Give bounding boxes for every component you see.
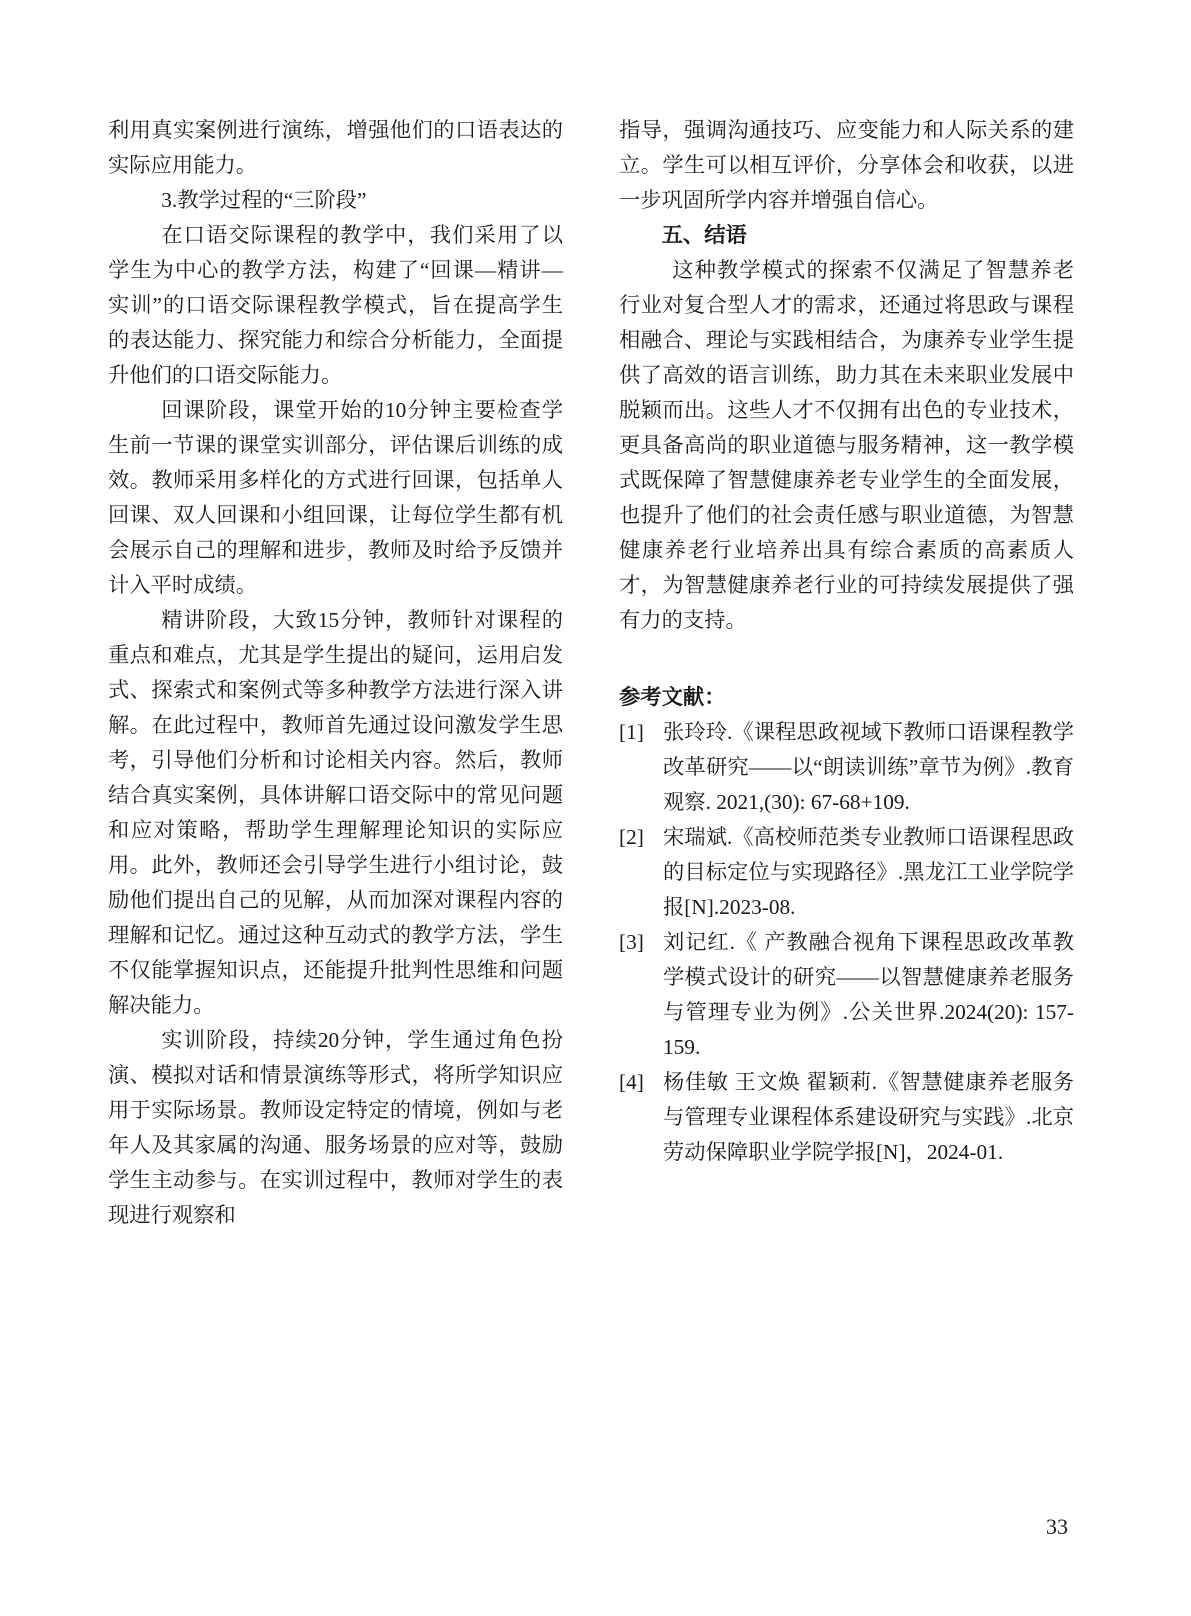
paragraph-continuation: 指导，强调沟通技巧、应变能力和人际关系的建立。学生可以相互评价，分享体会和收获，… bbox=[619, 113, 1074, 218]
paragraph: 在口语交际课程的教学中，我们采用了以学生为中心的教学方法，构建了“回课—精讲—实… bbox=[108, 218, 563, 393]
reference-item: [2] 宋瑞斌.《高校师范类专业教师口语课程思政的目标定位与实现路径》.黑龙江工… bbox=[619, 820, 1074, 925]
numbered-subheading: 3.教学过程的“三阶段” bbox=[108, 183, 563, 218]
references-heading: 参考文献： bbox=[619, 680, 1074, 715]
reference-item: [3] 刘记红.《 产教融合视角下课程思政改革教学模式设计的研究——以智慧健康养… bbox=[619, 925, 1074, 1065]
reference-marker: [2] bbox=[619, 820, 663, 855]
reference-text: 杨佳敏 王文焕 翟颖莉.《智慧健康养老服务与管理专业课程体系建设研究与实践》.北… bbox=[663, 1065, 1074, 1170]
paragraph: 回课阶段，课堂开始的10分钟主要检查学生前一节课的课堂实训部分，评估课后训练的成… bbox=[108, 393, 563, 603]
reference-item: [4] 杨佳敏 王文焕 翟颖莉.《智慧健康养老服务与管理专业课程体系建设研究与实… bbox=[619, 1065, 1074, 1170]
right-column: 指导，强调沟通技巧、应变能力和人际关系的建立。学生可以相互评价，分享体会和收获，… bbox=[619, 113, 1074, 1233]
reference-item: [1] 张玲玲.《课程思政视域下教师口语课程教学改革研究——以“朗读训练”章节为… bbox=[619, 715, 1074, 820]
paragraph: 实训阶段，持续20分钟，学生通过角色扮演、模拟对话和情景演练等形式，将所学知识应… bbox=[108, 1023, 563, 1233]
reference-text: 宋瑞斌.《高校师范类专业教师口语课程思政的目标定位与实现路径》.黑龙江工业学院学… bbox=[663, 820, 1074, 925]
reference-marker: [1] bbox=[619, 715, 663, 750]
paragraph: 精讲阶段，大致15分钟，教师针对课程的重点和难点，尤其是学生提出的疑问，运用启发… bbox=[108, 603, 563, 1023]
paragraph-continuation: 利用真实案例进行演练，增强他们的口语表达的实际应用能力。 bbox=[108, 113, 563, 183]
reference-text: 刘记红.《 产教融合视角下课程思政改革教学模式设计的研究——以智慧健康养老服务与… bbox=[663, 925, 1074, 1065]
reference-marker: [4] bbox=[619, 1065, 663, 1100]
left-column: 利用真实案例进行演练，增强他们的口语表达的实际应用能力。 3.教学过程的“三阶段… bbox=[108, 113, 563, 1233]
section-heading-conclusion: 五、结语 bbox=[619, 218, 1074, 253]
reference-marker: [3] bbox=[619, 925, 663, 960]
paragraph-conclusion: 这种教学模式的探索不仅满足了智慧养老行业对复合型人才的需求，还通过将思政与课程相… bbox=[619, 253, 1074, 638]
reference-text: 张玲玲.《课程思政视域下教师口语课程教学改革研究——以“朗读训练”章节为例》.教… bbox=[663, 715, 1074, 820]
page-number: 33 bbox=[1046, 1512, 1068, 1542]
article-body: 利用真实案例进行演练，增强他们的口语表达的实际应用能力。 3.教学过程的“三阶段… bbox=[108, 113, 1074, 1233]
